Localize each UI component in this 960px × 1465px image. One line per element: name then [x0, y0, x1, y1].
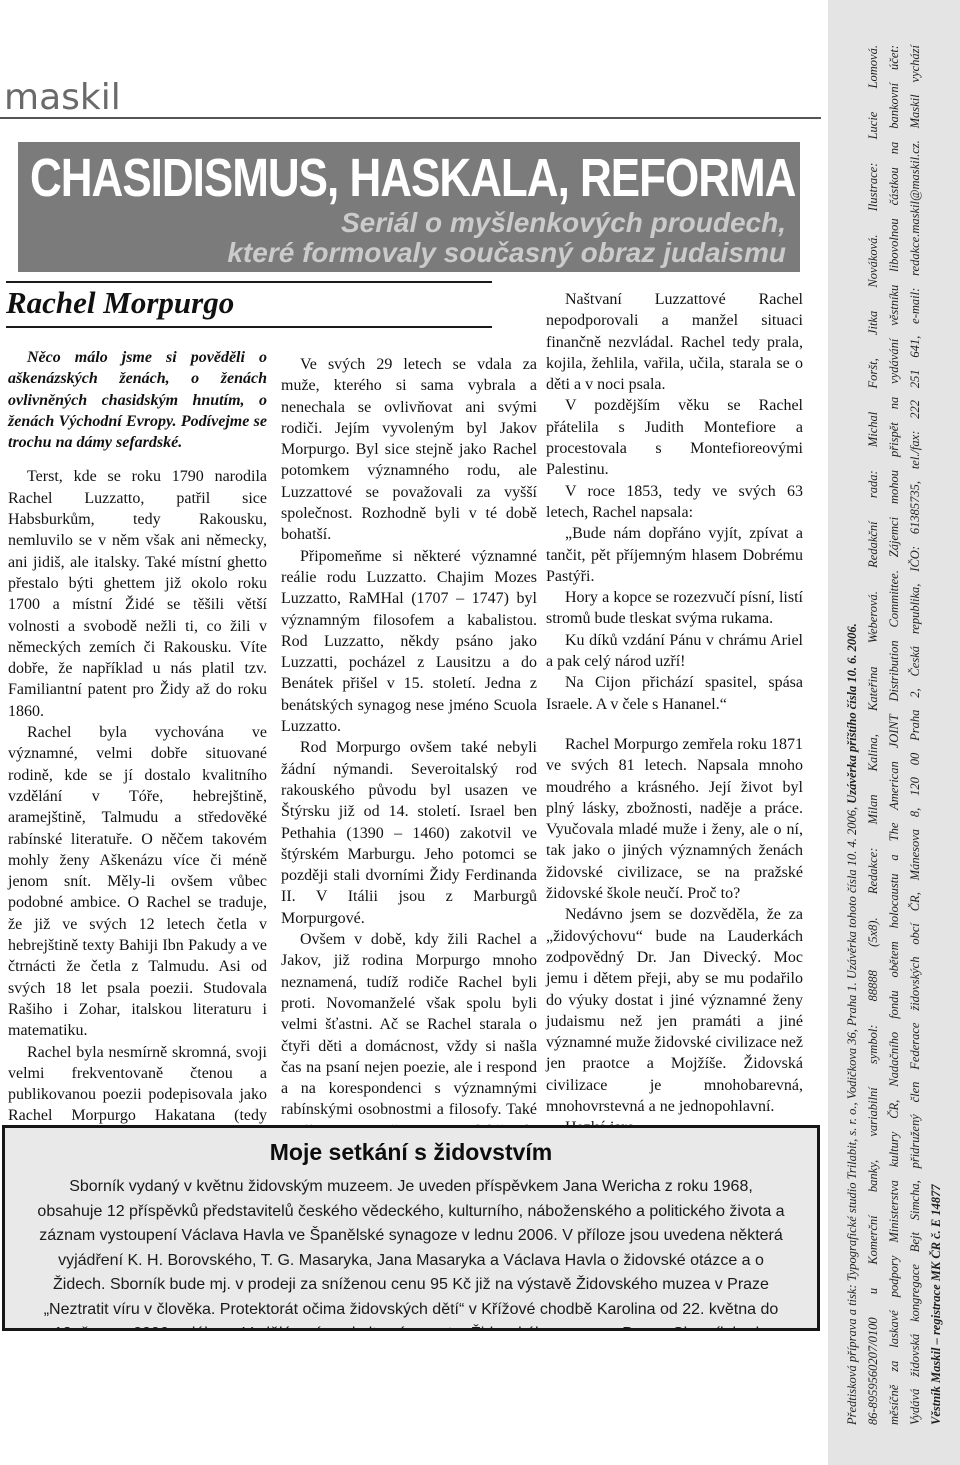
- announcement-body: Sborník vydaný v květnu židovským muzeem…: [35, 1175, 787, 1331]
- quote-paragraph: „Bude nám dopřáno vyjít, zpívat a tančit…: [546, 523, 803, 587]
- series-banner: CHASIDISMUS, HASKALA, REFORMA Seriál o m…: [18, 142, 800, 272]
- colophon-line-2: Vydává židovská kongregace Bejt Simcha, …: [905, 45, 926, 1425]
- quote-paragraph: Hory a kopce se rozezvučí písní, listí s…: [546, 587, 803, 630]
- colophon-line-5: Předtisková příprava a tisk: Typografick…: [842, 45, 863, 1425]
- colophon-line-4: 86-8959560207/0100 u Komerční banky, var…: [863, 45, 884, 1425]
- maskil-logo: maskil: [4, 80, 121, 116]
- colophon-line-3: měsíčně za laskavé podpory Ministerstva …: [884, 45, 905, 1425]
- series-title: CHASIDISMUS, HASKALA, REFORMA: [30, 152, 786, 206]
- paragraph: Rachel byla vychována ve významné, velmi…: [8, 722, 267, 1041]
- paragraph: V roce 1853, tedy ve svých 63 letech, Ra…: [546, 481, 803, 524]
- paragraph: Ve svých 29 letech se vdala za muže, kte…: [281, 354, 537, 546]
- article-headline-block: Rachel Morpurgo: [6, 281, 492, 328]
- paragraph: Naštvaní Luzzattové Rachel nepodporovali…: [546, 289, 803, 395]
- series-subtitle-line1: Seriál o myšlenkových proudech,: [30, 208, 786, 238]
- masthead-rule: [0, 117, 821, 119]
- article-column-1: Něco málo jsme si pověděli o aškenázskýc…: [8, 347, 267, 1191]
- series-subtitle: Seriál o myšlenkových proudech, které fo…: [30, 208, 786, 268]
- announcement-box: Moje setkání s židovstvím Sborník vydaný…: [2, 1125, 820, 1331]
- series-subtitle-line2: které formovaly současný obraz judaismu: [30, 238, 786, 268]
- paragraph: Připomeňme si některé významné reálie ro…: [281, 546, 537, 738]
- article-perex: Něco málo jsme si pověděli o aškenázskýc…: [8, 347, 267, 453]
- paragraph: Rachel Morpurgo zemřela roku 1871 ve svý…: [546, 734, 803, 904]
- colophon-registration: Věstník Maskil – registrace MK ČR č. E 1…: [926, 45, 947, 1425]
- colophon-text: Předtisková příprava a tisk: Typografick…: [842, 45, 947, 1425]
- colophon-next-deadline: Uzávěrka příštího čísla 10. 6. 2006.: [845, 623, 859, 804]
- paragraph: Nedávno jsem se dozvěděla, že za „židový…: [546, 904, 803, 1117]
- newsletter-page: maskil CHASIDISMUS, HASKALA, REFORMA Ser…: [0, 0, 960, 1465]
- article-column-2: Ve svých 29 letech se vdala za muže, kte…: [281, 354, 537, 1227]
- quote-paragraph: Na Cijon přichází spasitel, spása Israel…: [546, 672, 803, 715]
- paragraph: V pozdějším věku se Rachel přátelila s J…: [546, 395, 803, 480]
- article-title: Rachel Morpurgo: [6, 286, 492, 320]
- paragraph: Rod Morpurgo ovšem také nebyli žádní ným…: [281, 737, 537, 929]
- article-column-3: Naštvaní Luzzattové Rachel nepodporovali…: [546, 289, 803, 1161]
- colophon-line-5-text: Předtisková příprava a tisk: Typografick…: [845, 804, 859, 1425]
- paragraph: Terst, kde se roku 1790 narodila Rachel …: [8, 466, 267, 722]
- announcement-title: Moje setkání s židovstvím: [5, 1139, 817, 1166]
- quote-paragraph: Ku díků vzdání Pánu v chrámu Ariel a pak…: [546, 630, 803, 673]
